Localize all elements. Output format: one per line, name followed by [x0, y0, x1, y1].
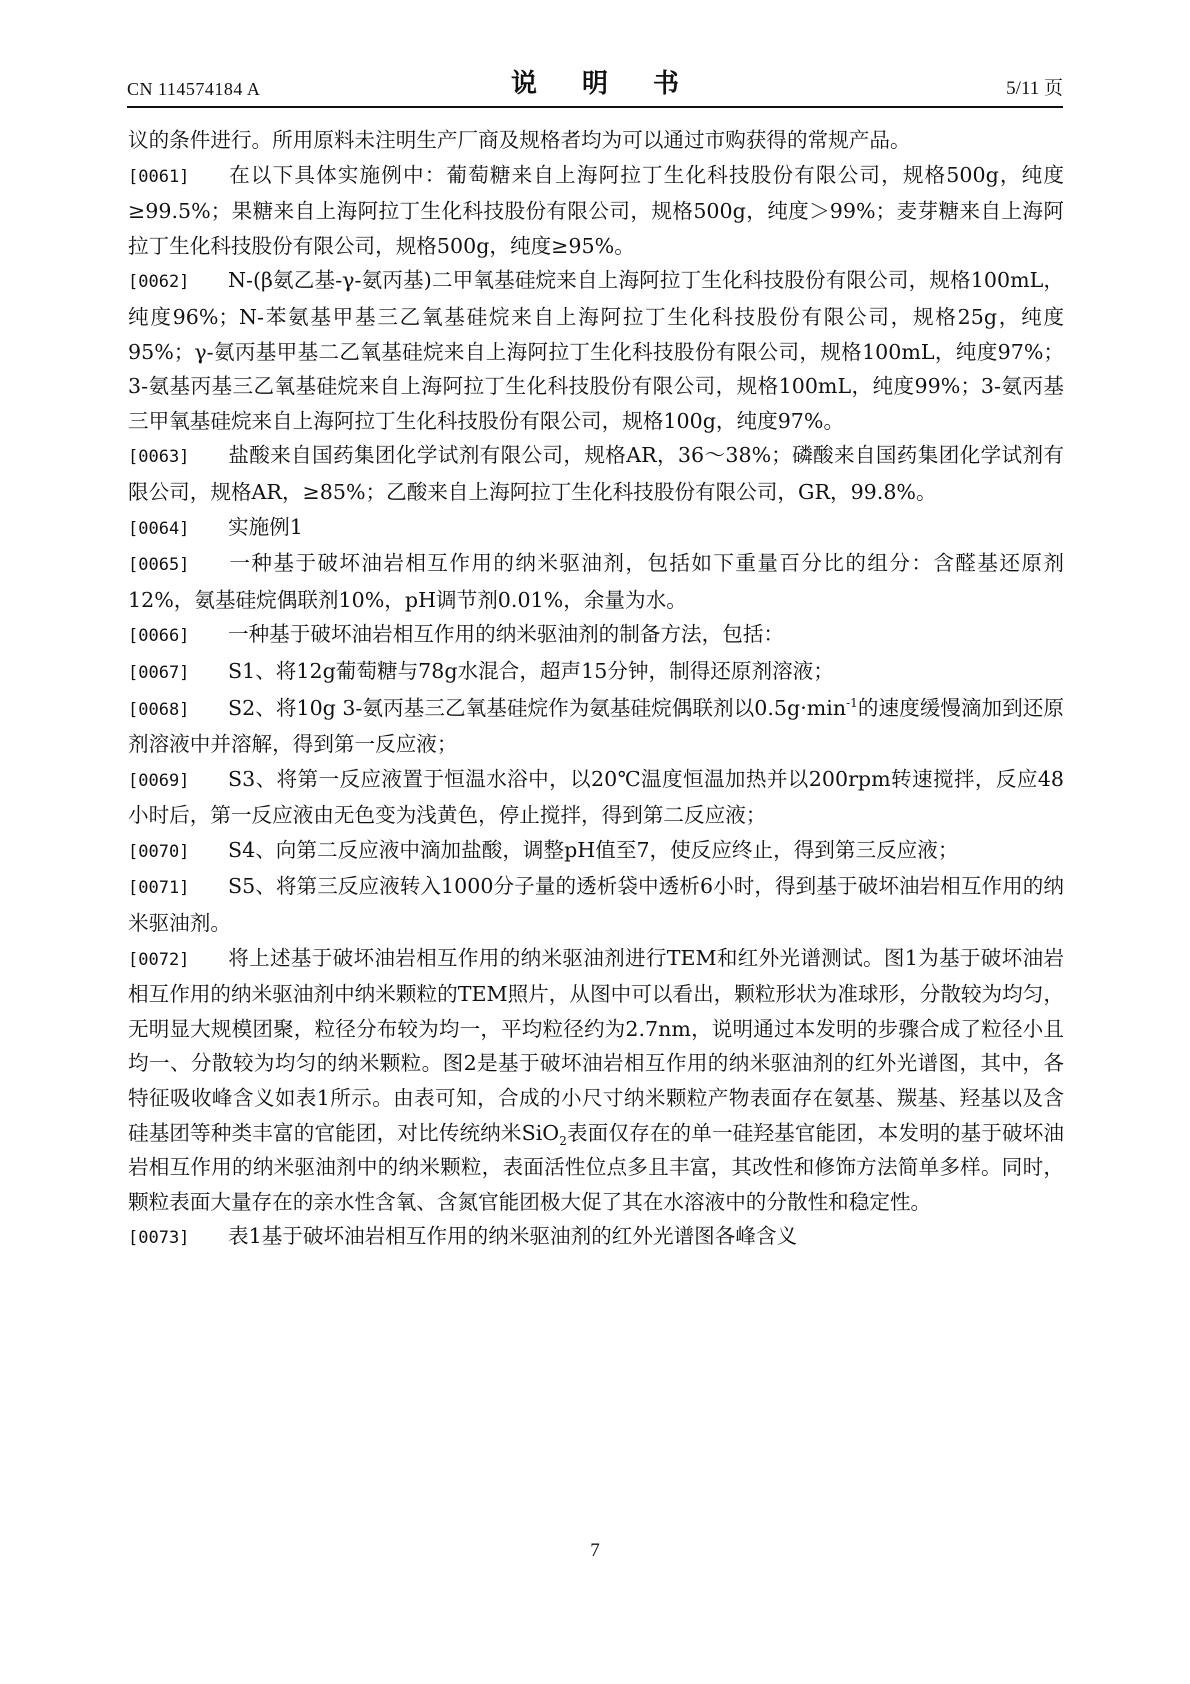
paragraph-0068: [0068]S2、将10g 3-氨丙基三乙氧基硅烷作为氨基硅烷偶联剂以0.5g·… [128, 691, 1064, 762]
paragraph-number: [0064] [128, 512, 228, 547]
paragraph-number: [0069] [128, 764, 228, 799]
paragraph-0064: [0064]实施例1 [128, 510, 1064, 547]
paragraph-0073: [0073]表1基于破坏油岩相互作用的纳米驱油剂的红外光谱图各峰含义 [128, 1219, 1064, 1256]
paragraph-number: [0071] [128, 871, 228, 906]
page-number: 7 [590, 1540, 600, 1561]
paragraph-number: [0072] [128, 943, 228, 978]
table-caption: 表1基于破坏油岩相互作用的纳米驱油剂的红外光谱图各峰含义 [228, 1224, 797, 1248]
paragraph-number: [0063] [128, 440, 228, 475]
page-footer: 7 [0, 1540, 1190, 1562]
subscript: 2 [559, 1134, 567, 1148]
paragraph-number: [0065] [128, 548, 228, 583]
paragraph-number: [0062] [128, 265, 228, 300]
page-indicator: 5/11 页 [1006, 73, 1063, 100]
paragraph-0069: [0069]S3、将第一反应液置于恒温水浴中，以20℃温度恒温加热并以200rp… [128, 762, 1064, 833]
paragraph-0066: [0066]一种基于破坏油岩相互作用的纳米驱油剂的制备方法，包括： [128, 617, 1064, 654]
paragraph-0061: [0061]在以下具体实施例中：葡萄糖来自上海阿拉丁生化科技股份有限公司，规格5… [128, 158, 1064, 264]
paragraph-number: [0068] [128, 693, 228, 728]
paragraph-0072: [0072]将上述基于破坏油岩相互作用的纳米驱油剂进行TEM和红外光谱测试。图1… [128, 941, 1064, 1220]
paragraph-number: [0070] [128, 835, 228, 870]
paragraph-number: [0066] [128, 619, 228, 654]
page-header: CN 114574184 A 说 明 书 5/11 页 [127, 66, 1063, 108]
paragraph-continuation: 议的条件进行。所用原料未注明生产厂商及规格者均为可以通过市购获得的常规产品。 [128, 123, 1064, 158]
paragraph-0063: [0063]盐酸来自国药集团化学试剂有限公司，规格AR，36～38%；磷酸来自国… [128, 438, 1064, 509]
paragraph-0062: [0062]N-(β氨乙基-γ-氨丙基)二甲氧基硅烷来自上海阿拉丁生化科技股份有… [128, 263, 1064, 438]
section-heading: 实施例1 [228, 515, 303, 539]
document-title: 说 明 书 [127, 63, 1063, 100]
paragraph-number: [0067] [128, 656, 228, 691]
paragraph-0065: [0065]一种基于破坏油岩相互作用的纳米驱油剂，包括如下重量百分比的组分：含醛… [128, 546, 1064, 617]
paragraph-0071: [0071]S5、将第三反应液转入1000分子量的透析袋中透析6小时，得到基于破… [128, 869, 1064, 940]
paragraph-number: [0073] [128, 1221, 228, 1256]
document-body: 议的条件进行。所用原料未注明生产厂商及规格者均为可以通过市购获得的常规产品。 [… [128, 123, 1064, 1256]
header-rule [127, 106, 1063, 108]
paragraph-number: [0061] [128, 160, 228, 195]
paragraph-0067: [0067]S1、将12g葡萄糖与78g水混合，超声15分钟，制得还原剂溶液； [128, 654, 1064, 691]
paragraph-0070: [0070]S4、向第二反应液中滴加盐酸，调整pH值至7，使反应终止，得到第三反… [128, 833, 1064, 870]
superscript: -1 [846, 696, 858, 710]
